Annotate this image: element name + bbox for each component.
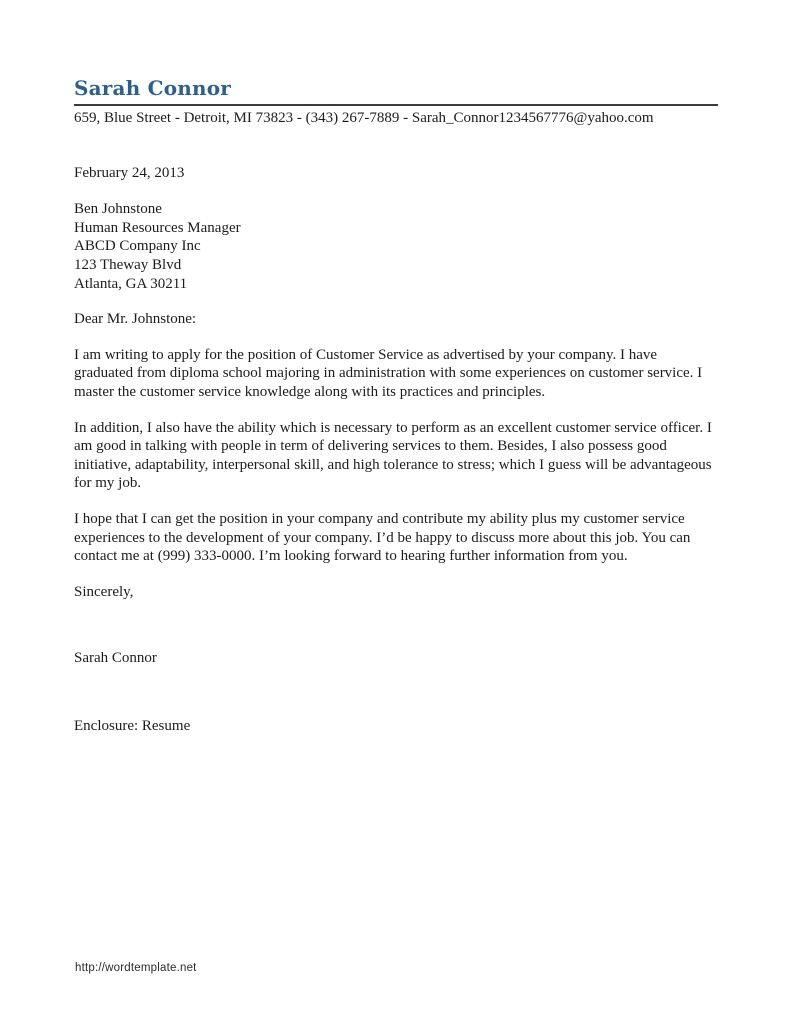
recipient-title: Human Resources Manager [74, 219, 718, 238]
recipient-street: 123 Theway Blvd [74, 256, 718, 275]
body-paragraph-1: I am writing to apply for the position o… [74, 346, 718, 402]
enclosure-line: Enclosure: Resume [74, 717, 718, 736]
salutation: Dear Mr. Johnstone: [74, 310, 718, 329]
sender-name: Sarah Connor [74, 76, 718, 100]
letter-page: Sarah Connor 659, Blue Street - Detroit,… [0, 0, 791, 1024]
recipient-block: Ben Johnstone Human Resources Manager AB… [74, 200, 718, 293]
body-paragraph-2: In addition, I also have the ability whi… [74, 419, 718, 493]
body-paragraph-3: I hope that I can get the position in yo… [74, 510, 718, 566]
recipient-company: ABCD Company Inc [74, 237, 718, 256]
header-rule [74, 104, 718, 106]
recipient-city: Atlanta, GA 30211 [74, 275, 718, 294]
letter-header: Sarah Connor 659, Blue Street - Detroit,… [74, 0, 718, 128]
date-line: February 24, 2013 [74, 164, 718, 183]
signature-name: Sarah Connor [74, 649, 718, 668]
closing-line: Sincerely, [74, 583, 718, 602]
letter-content: Sarah Connor 659, Blue Street - Detroit,… [74, 0, 718, 735]
contact-line: 659, Blue Street - Detroit, MI 73823 - (… [74, 109, 718, 128]
footer-url: http://wordtemplate.net [75, 962, 197, 974]
recipient-name: Ben Johnstone [74, 200, 718, 219]
